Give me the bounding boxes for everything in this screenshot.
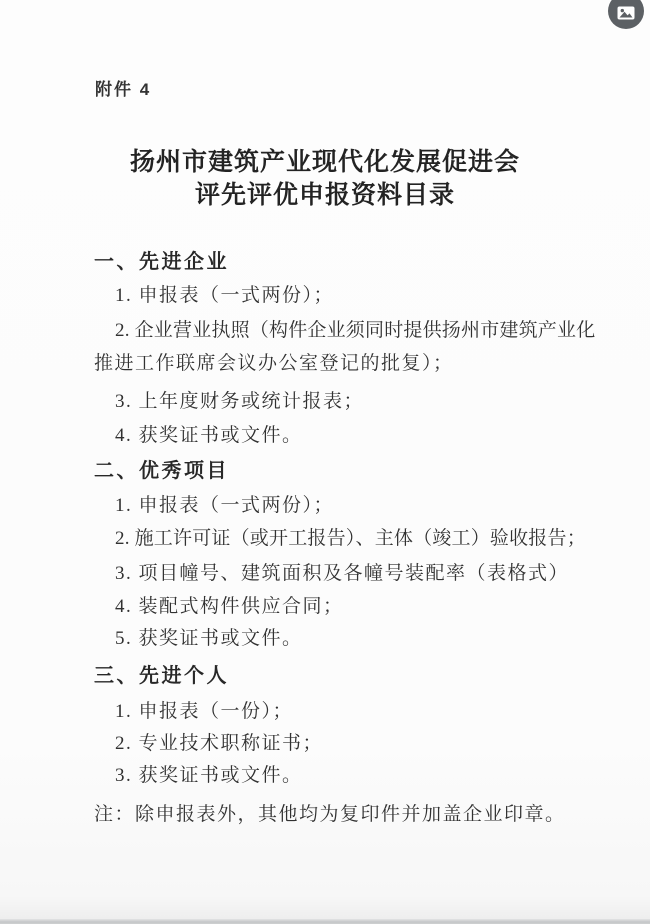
doc-title-line2: 评先评优申报资料目录 [0,180,650,210]
list-item: 3. 获奖证书或文件。 [115,765,303,787]
attachment-label: 附件 4 [95,79,151,101]
list-item: 4. 获奖证书或文件。 [115,425,303,447]
doc-title-line1: 扬州市建筑产业现代化发展促进会 [0,147,650,177]
section-heading-excellent-project: 二、优秀项目 [94,460,229,482]
scanned-document-page: 附件 4 扬州市建筑产业现代化发展促进会 评先评优申报资料目录 一、先进企业 1… [0,0,650,924]
list-item: 5. 获奖证书或文件。 [115,628,303,650]
note-line: 注：除申报表外，其他均为复印件并加盖企业印章。 [94,804,566,826]
list-item-continuation: 推进工作联席会议办公室登记的批复）； [94,353,454,375]
page-bottom-edge [0,919,650,924]
list-item: 1. 申报表（一式两份）； [115,285,334,307]
list-item: 2. 专业技术职称证书； [115,733,323,755]
list-item: 4. 装配式构件供应合同； [115,596,344,618]
list-item: 1. 申报表（一式两份）； [115,495,334,517]
image-viewer-button[interactable] [608,0,644,29]
list-item: 3. 上年度财务或统计报表； [115,391,364,413]
section-heading-advanced-individual: 三、先进个人 [94,665,229,687]
image-icon [616,5,636,22]
list-item: 2. 施工许可证（或开工报告）、主体（竣工）验收报告； [115,528,586,550]
list-item: 2. 企业营业执照（构件企业须同时提供扬州市建筑产业化 [115,320,595,342]
list-item: 1. 申报表（一份）； [115,701,293,723]
list-item: 3. 项目幢号、建筑面积及各幢号装配率（表格式） [115,563,569,585]
section-heading-advanced-enterprise: 一、先进企业 [94,251,229,273]
